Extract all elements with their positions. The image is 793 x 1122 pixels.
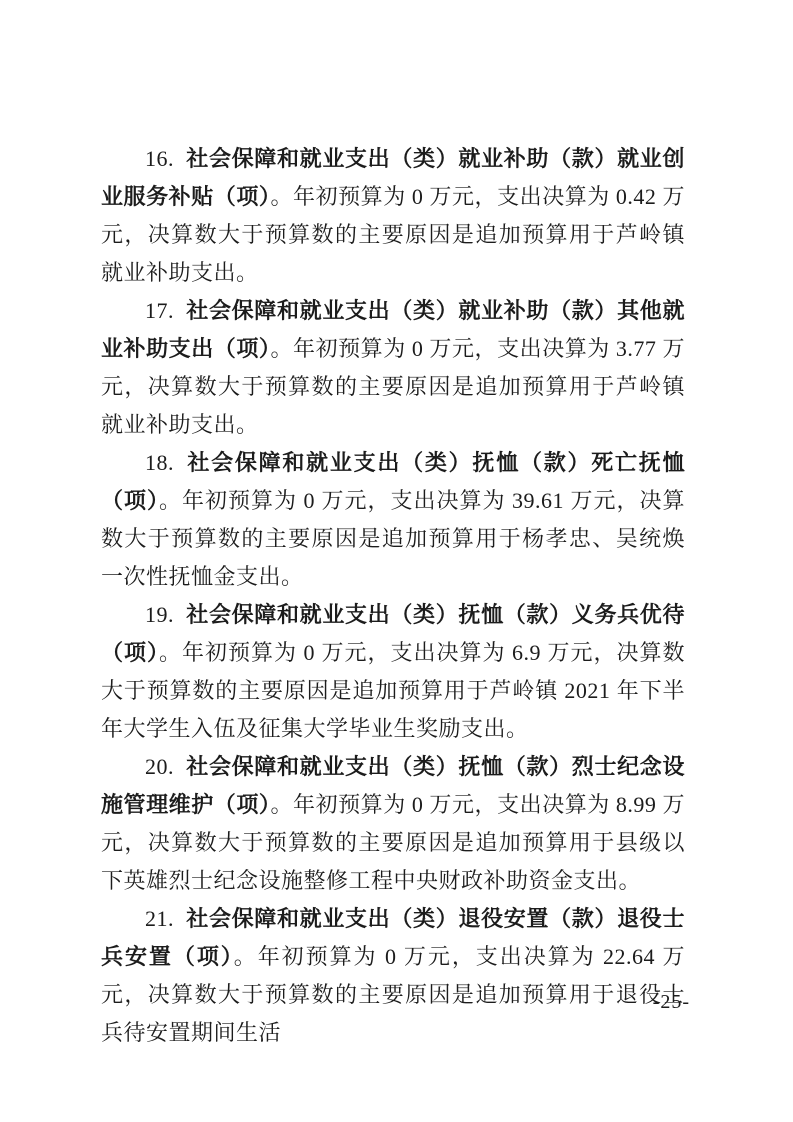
- paragraph-20: 20.社会保障和就业支出（类）抚恤（款）烈士纪念设施管理维护（项）。年初预算为 …: [101, 748, 685, 900]
- document-body: 16.社会保障和就业支出（类）就业补助（款）就业创业服务补贴（项）。年初预算为 …: [101, 140, 685, 1052]
- paragraph-number: 20.: [145, 754, 186, 779]
- paragraph-body: 。年初预算为 0 万元，支出决算为 39.61 万元，决算数大于预算数的主要原因…: [101, 488, 685, 589]
- paragraph-number: 21.: [145, 906, 186, 931]
- paragraph-17: 17.社会保障和就业支出（类）就业补助（款）其他就业补助支出（项）。年初预算为 …: [101, 292, 685, 444]
- paragraph-19: 19.社会保障和就业支出（类）抚恤（款）义务兵优待（项）。年初预算为 0 万元，…: [101, 596, 685, 748]
- paragraph-21: 21.社会保障和就业支出（类）退役安置（款）退役士兵安置（项）。年初预算为 0 …: [101, 900, 685, 1052]
- paragraph-18: 18.社会保障和就业支出（类）抚恤（款）死亡抚恤（项）。年初预算为 0 万元，支…: [101, 444, 685, 596]
- paragraph-number: 16.: [145, 146, 186, 171]
- paragraph-body: 。年初预算为 0 万元，支出决算为 6.9 万元，决算数大于预算数的主要原因是追…: [101, 640, 685, 741]
- document-page: 16.社会保障和就业支出（类）就业补助（款）就业创业服务补贴（项）。年初预算为 …: [0, 0, 793, 1122]
- paragraph-number: 18.: [145, 450, 186, 475]
- paragraph-number: 17.: [145, 298, 186, 323]
- page-number: -25-: [653, 988, 690, 1016]
- paragraph-number: 19.: [145, 602, 186, 627]
- paragraph-16: 16.社会保障和就业支出（类）就业补助（款）就业创业服务补贴（项）。年初预算为 …: [101, 140, 685, 292]
